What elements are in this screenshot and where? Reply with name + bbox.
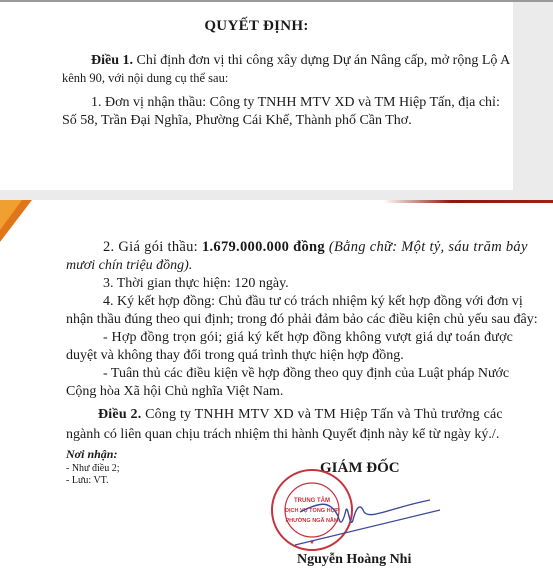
item1-line2: Số 58, Trần Đại Nghĩa, Phường Cái Khế, T… [62, 112, 412, 129]
item4-bullet1-line2: duyệt và không thay đổi trong quá trình … [66, 347, 404, 364]
document-page-top: QUYẾT ĐỊNH: Điều 1. Chỉ định đơn vị thi … [0, 2, 513, 190]
article1-line1: Điều 1. Chỉ định đơn vị thi công xây dựn… [91, 52, 510, 69]
item1-line1: 1. Đơn vị nhận thầu: Công ty TNHH MTV XD… [91, 94, 500, 111]
article2-line2: ngành có liên quan chịu trách nhiệm thi … [66, 426, 499, 443]
item3: 3. Thời gian thực hiện: 120 ngày. [103, 275, 289, 292]
item2-line1: 2. Giá gói thầu: 1.679.000.000 đồng (Bằn… [103, 239, 528, 256]
bid-amount: 1.679.000.000 đồng [202, 239, 325, 255]
decision-heading: QUYẾT ĐỊNH: [0, 18, 513, 35]
bid-amount-words: (Bằng chữ: Một tỷ, sáu trăm bảy [325, 239, 528, 255]
item4-bullet1-line1: - Hợp đồng trọn gói; giá ký kết hợp đồng… [103, 329, 513, 346]
item4-line2: nhận thầu đúng theo qui định; trong đó p… [66, 311, 538, 328]
article1-text: Chỉ định đơn vị thi công xây dựng Dự án … [133, 53, 510, 68]
photo-edge-red [383, 200, 553, 203]
recipients-title: Nơi nhận: [66, 448, 117, 461]
article2-label: Điều 2. [98, 407, 141, 422]
recipient-item: - Lưu: VT. [66, 474, 109, 487]
item4-line1: 4. Ký kết hợp đồng: Chủ đầu tư có trách … [103, 293, 523, 310]
signatory-name: Nguyễn Hoàng Nhi [297, 552, 411, 568]
photo-edge-orange-light [0, 200, 22, 230]
article1-label: Điều 1. [91, 53, 133, 68]
item2-line2: mươi chín triệu đồng). [66, 257, 192, 274]
article2-text: Công ty TNHH MTV XD và TM Hiệp Tấn và Th… [141, 407, 502, 422]
signature-icon [290, 490, 450, 550]
item2-prefix: 2. Giá gói thầu: [103, 239, 202, 255]
item4-bullet2-line1: - Tuân thủ các điều kiện về hợp đồng the… [103, 365, 509, 382]
item4-bullet2-line2: Cộng hòa Xã hội Chủ nghĩa Việt Nam. [66, 383, 283, 400]
document-page-bottom: 2. Giá gói thầu: 1.679.000.000 đồng (Bằn… [0, 200, 553, 580]
article2-line1: Điều 2. Công ty TNHH MTV XD và TM Hiệp T… [98, 406, 503, 423]
article1-line2: kênh 90, với nội dung cụ thể sau: [62, 72, 228, 85]
